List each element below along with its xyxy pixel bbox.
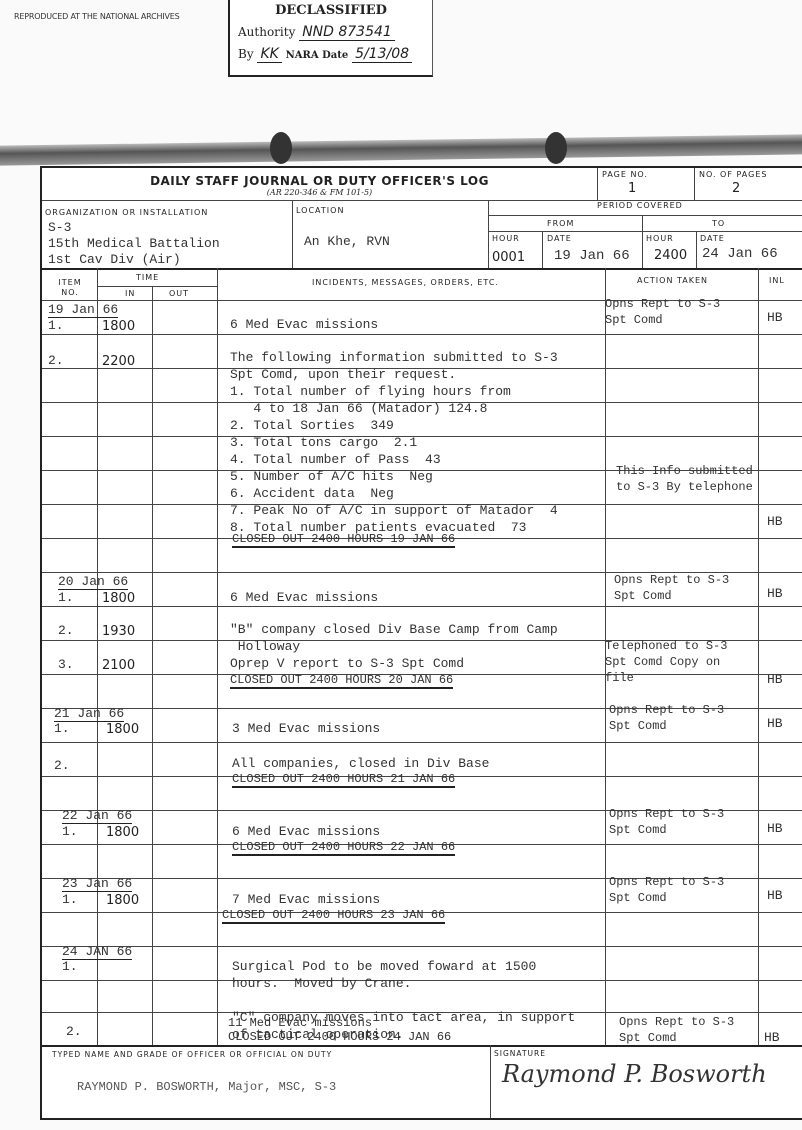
form-subtitle: (AR 220-346 & FM 101-5)	[42, 188, 597, 197]
entry-time-in: 1930	[102, 624, 135, 639]
authority-label: Authority	[238, 25, 295, 39]
entry-action: Opns Rept to S-3 Spt Comd	[609, 806, 724, 838]
closed-out-line: CLOSED OUT 2400 HOURS 20 JAN 66	[230, 673, 453, 689]
entry-initials: HB	[767, 888, 783, 903]
entry-item-no: 1.	[54, 721, 70, 736]
entry-initials: HB	[767, 310, 783, 325]
entry-text: 6 Med Evac missions	[230, 590, 378, 605]
col-time-header: TIME	[136, 273, 159, 282]
to-hour-label: HOUR	[646, 234, 674, 243]
typed-name-label: TYPED NAME AND GRADE OF OFFICER OR OFFIC…	[52, 1050, 332, 1059]
col-in-header: IN	[125, 289, 135, 298]
closed-out-line: CLOSED OUT 2400 HOURS 19 JAN 66	[232, 532, 455, 548]
from-date: 19 Jan 66	[554, 248, 630, 264]
entry-initials: HB	[767, 586, 783, 601]
to-hour: 2400	[654, 248, 687, 263]
org-line-3: 1st Cav Div (Air)	[48, 252, 220, 268]
to-date: 24 Jan 66	[702, 246, 778, 262]
declassified-stamp: DECLASSIFIED Authority NND 873541 By KK …	[228, 0, 433, 77]
entry-initials: HB	[767, 514, 783, 529]
col-incidents-header: INCIDENTS, MESSAGES, ORDERS, ETC.	[312, 278, 499, 287]
closed-out-line: CLOSED OUT 2400 HOURS 24 JAN 66	[228, 1030, 451, 1044]
col-action-header: ACTION TAKEN	[637, 276, 708, 285]
location-label: LOCATION	[296, 206, 344, 215]
entry-item-no: 2.	[66, 1024, 82, 1039]
entry-time-in: 1800	[106, 722, 139, 737]
entry-item-no: 1.	[58, 590, 74, 605]
entry-action: Opns Rept to S-3 Spt Comd	[619, 1014, 734, 1046]
entry-action: This Info submitted to S-3 By telephone	[616, 463, 753, 495]
form-title: DAILY STAFF JOURNAL OR DUTY OFFICER'S LO…	[42, 174, 597, 188]
entry-item-no: 2.	[48, 353, 64, 368]
by-label: By	[238, 47, 254, 61]
form-title-block: DAILY STAFF JOURNAL OR DUTY OFFICER'S LO…	[42, 168, 597, 200]
entry-initials: HB	[767, 672, 783, 687]
typed-name: RAYMOND P. BOSWORTH, Major, MSC, S-3	[77, 1080, 336, 1094]
entry-action: Opns Rept to S-3 Spt Comd	[614, 572, 729, 604]
to-label: TO	[712, 219, 725, 228]
nara-label: NARA Date	[286, 50, 349, 61]
from-hour-label: HOUR	[492, 234, 520, 243]
entry-text: "B" company closed Div Base Camp from Ca…	[230, 621, 558, 655]
entry-action: Opns Rept to S-3 Spt Comd	[609, 874, 724, 906]
org-value: S-315th Medical Battalion1st Cav Div (Ai…	[48, 220, 220, 268]
by-value: KK	[257, 46, 281, 63]
closed-out-line: CLOSED OUT 2400 HOURS 21 JAN 66	[232, 772, 455, 788]
entry-date: 24 JAN 66	[62, 944, 132, 960]
entry-text: 3 Med Evac missions	[232, 721, 380, 736]
entry-item-no: 1.	[62, 824, 78, 839]
entry-text: Oprep V report to S-3 Spt Comd	[230, 656, 464, 671]
signature-label: SIGNATURE	[494, 1049, 546, 1058]
from-label: FROM	[547, 219, 574, 228]
num-pages: 2	[732, 181, 740, 196]
entry-action: Opns Rept to S-3 Spt Comd	[609, 702, 724, 734]
entry-item-no: 2.	[54, 758, 70, 773]
col-inl-header: INL	[769, 276, 785, 285]
entry-initials: HB	[767, 716, 783, 731]
stamp-by-line: By KK NARA Date 5/13/08	[238, 46, 432, 62]
org-line-2: 15th Medical Battalion	[48, 236, 220, 252]
entry-time-in: 2200	[102, 354, 135, 369]
location-value: An Khe, RVN	[304, 234, 390, 249]
page-no-label: PAGE NO.	[602, 170, 648, 179]
binder-ring-left	[270, 132, 292, 164]
to-date-label: DATE	[700, 234, 725, 243]
entry-action: Telephoned to S-3 Spt Comd Copy on file	[605, 638, 727, 686]
entry-date: 20 Jan 66	[58, 574, 128, 590]
archive-note: REPRODUCED AT THE NATIONAL ARCHIVES	[14, 12, 179, 21]
entry-item-no: 1.	[62, 959, 78, 974]
signature: Raymond P. Bosworth	[502, 1060, 767, 1088]
entry-date: 23 Jan 66	[62, 876, 132, 892]
entry-time-in: 1800	[106, 893, 139, 908]
binder-ring-right	[545, 132, 567, 164]
nara-date: 5/13/08	[352, 46, 412, 63]
entry-item-no: 1.	[62, 892, 78, 907]
entry-date: 19 Jan 66	[48, 302, 118, 318]
page-no: 1	[628, 181, 636, 196]
entry-text: 7 Med Evac missions	[232, 892, 380, 907]
authority-value: NND 873541	[299, 24, 395, 41]
closed-out-line: CLOSED OUT 2400 HOURS 23 JAN 66	[222, 908, 445, 924]
num-pages-label: NO. OF PAGES	[699, 170, 767, 179]
org-label: ORGANIZATION OR INSTALLATION	[45, 208, 208, 217]
entry-text: All companies, closed in Div Base	[232, 756, 489, 771]
entry-text: 6 Med Evac missions	[232, 824, 380, 839]
stamp-title: DECLASSIFIED	[230, 3, 432, 18]
entry-item-no: 3.	[58, 657, 74, 672]
entry-initials: HB	[767, 821, 783, 836]
entry-text: 6 Med Evac missions	[230, 317, 378, 332]
entry-text: The following information submitted to S…	[230, 349, 558, 536]
org-line-1: S-3	[48, 220, 220, 236]
entry-date: 21 Jan 66	[54, 706, 124, 722]
from-date-label: DATE	[547, 234, 572, 243]
entry-initials: HB	[764, 1030, 780, 1045]
from-hour: 0001	[492, 250, 525, 265]
entry-time-in: 1800	[102, 591, 135, 606]
entry-item-no: 2.	[58, 623, 74, 638]
entry-action: Opns Rept to S-3 Spt Comd	[605, 296, 720, 328]
entry-date: 22 Jan 66	[62, 808, 132, 824]
entry-item-no: 1.	[48, 318, 64, 333]
entry-time-in: 2100	[102, 658, 135, 673]
binder-shadow	[0, 134, 802, 165]
duty-log-form: DAILY STAFF JOURNAL OR DUTY OFFICER'S LO…	[40, 166, 802, 1120]
period-label: PERIOD COVERED	[597, 201, 683, 210]
col-out-header: OUT	[169, 289, 189, 298]
entry-time-in: 1800	[102, 319, 135, 334]
closed-out-line: CLOSED OUT 2400 HOURS 22 JAN 66	[232, 840, 455, 856]
col-item-header: ITEM NO.	[52, 278, 88, 298]
entry-time-in: 1800	[106, 825, 139, 840]
entry-text: 11 Med Evac missions	[228, 1016, 372, 1030]
stamp-authority-line: Authority NND 873541	[238, 24, 432, 40]
